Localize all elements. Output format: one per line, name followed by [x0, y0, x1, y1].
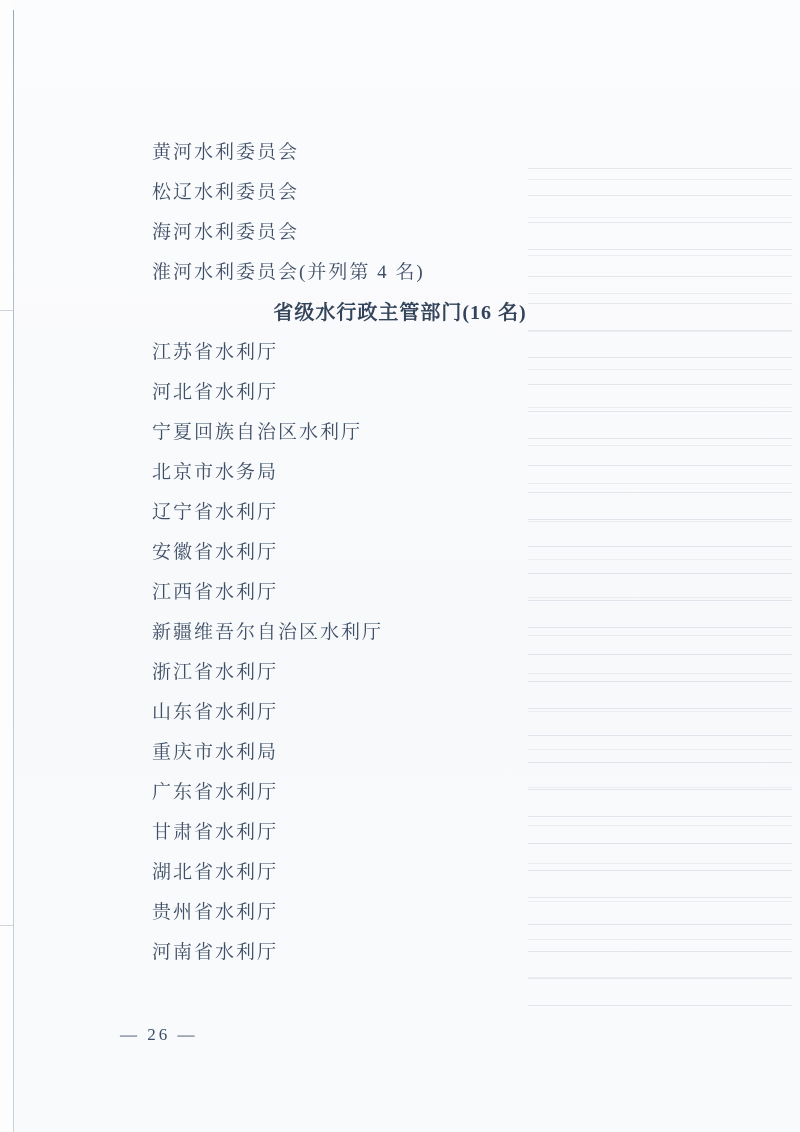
list-item-department: 贵州省水利厅 — [0, 893, 800, 933]
list-item-department: 浙江省水利厅 — [0, 653, 800, 693]
list-item-department: 重庆市水利局 — [0, 733, 800, 773]
page-number: — 26 — — [120, 1015, 198, 1055]
list-item-department: 江西省水利厅 — [0, 573, 800, 613]
section-heading: 省级水行政主管部门(16 名) — [0, 293, 800, 333]
list-item-department: 河南省水利厅 — [0, 933, 800, 973]
list-item-commission: 海河水利委员会 — [0, 213, 800, 253]
document-page: 黄河水利委员会 松辽水利委员会 海河水利委员会 淮河水利委员会(并列第 4 名)… — [0, 0, 800, 1132]
list-item-department: 广东省水利厅 — [0, 773, 800, 813]
document-body: 黄河水利委员会 松辽水利委员会 海河水利委员会 淮河水利委员会(并列第 4 名)… — [0, 133, 800, 973]
list-item-department: 山东省水利厅 — [0, 693, 800, 733]
list-item-department: 辽宁省水利厅 — [0, 493, 800, 533]
list-item-department: 宁夏回族自治区水利厅 — [0, 413, 800, 453]
list-item-department: 湖北省水利厅 — [0, 853, 800, 893]
list-item-department: 河北省水利厅 — [0, 373, 800, 413]
list-item-department: 江苏省水利厅 — [0, 333, 800, 373]
list-item-commission: 淮河水利委员会(并列第 4 名) — [0, 253, 800, 293]
list-item-department: 甘肃省水利厅 — [0, 813, 800, 853]
list-item-department: 安徽省水利厅 — [0, 533, 800, 573]
list-item-department: 新疆维吾尔自治区水利厅 — [0, 613, 800, 653]
list-item-department: 北京市水务局 — [0, 453, 800, 493]
list-item-commission: 黄河水利委员会 — [0, 133, 800, 173]
list-item-commission: 松辽水利委员会 — [0, 173, 800, 213]
